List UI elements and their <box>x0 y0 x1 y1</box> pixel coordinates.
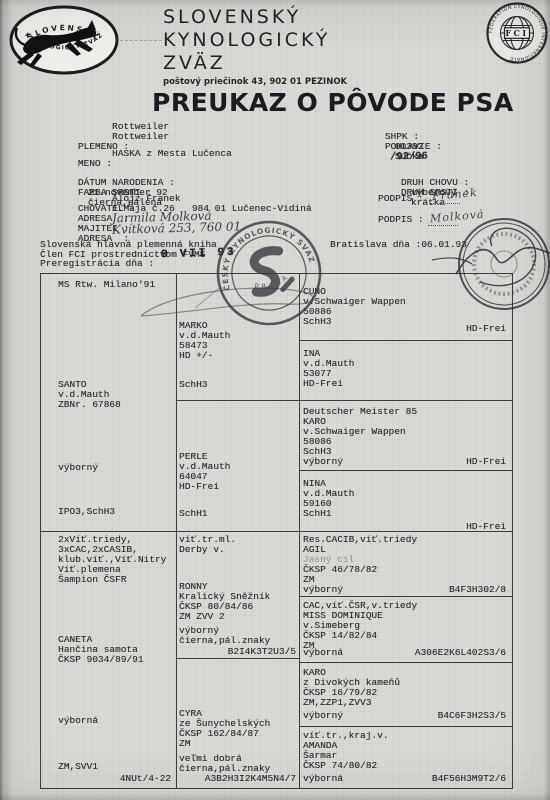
ggp8-code: B4F56H3M9T2/6 <box>303 774 506 784</box>
table-line <box>299 726 512 727</box>
ggp8-block: víť.tr.,kraj.v. AMANDA Šarmar ČKSP 74/80… <box>303 731 389 771</box>
table-line <box>299 596 512 597</box>
field-podpis-1: PODPIS : <box>378 194 424 204</box>
fci-label: FCI <box>505 28 528 38</box>
ggp2-block: INA v.d.Mauth 53077 HD-Frei <box>303 349 354 389</box>
fci-logo: FEDERATION CYNOLOGIQUE INTERNATIONALE FC… <box>486 2 548 64</box>
skz-oval-logo: SLOVENSKÝ KYNOLOGICKÝ ZVÄZ <box>8 4 120 76</box>
sire-exams: IPO3,SchH3 <box>58 507 115 517</box>
ggp7-block: KARO z Divokých kameňů ČKSP 16/79/82 ZM,… <box>303 668 400 708</box>
postal-address: poštový priečinok 43, 902 01 PEZINOK <box>163 77 347 87</box>
dam-name-block: CANETA Hančina samota ČKSP 9034/89/91 <box>58 635 144 665</box>
place-and-date: Bratislava dňa :06.01.93 <box>330 240 467 250</box>
org-name-line1: SLOVENSKÝ <box>163 6 301 28</box>
stamp-emblem <box>245 246 294 297</box>
scan-artifact-dashes <box>120 40 162 41</box>
ggp3-block: Deutscher Meister 85 KARO v.Schwaiger Wa… <box>303 407 417 457</box>
gp4-code: A3B2H3I2K4M5N4/7 <box>179 774 296 784</box>
gp4-grade-color: veľmi dobrá čierna,pál.znaky <box>179 754 270 774</box>
gp3-titles: víť.tr.ml. Derby v. <box>179 535 236 555</box>
ggp7-code: B4C6F3H2S3/5 <box>303 711 506 721</box>
org-name-line2: KYNOLOGICKÝ <box>163 29 330 51</box>
plemeno-value: Rottweiler <box>112 132 169 142</box>
pohlavie-value: Sučka <box>395 151 424 162</box>
gp2-name-block: PERLE v.d.Mauth 64047 HD-Frei <box>179 452 230 492</box>
field-podpis-2: PODPIS : <box>378 215 424 225</box>
ggp5-block: Res.CACIB,víť.triedy AGIL <box>303 535 417 555</box>
dam-titles: 2xVíť.triedy, 3xCAC,2xCASIB, klub.víť.,V… <box>58 535 166 585</box>
table-line <box>176 658 299 659</box>
gp3-grade-color: výborný čierna,pál.znaky <box>179 626 270 646</box>
table-line <box>299 662 512 663</box>
gp1-exams: SchH3 <box>179 380 208 390</box>
ggp5-block2: ČKSP 46/78/82 ZM <box>303 565 377 585</box>
gp4-name-block: CYRA ze Šunychelských ČKSP 162/84/87 ZM <box>179 709 270 749</box>
meno-value: HASKA z Mesta Lučenca <box>112 149 232 159</box>
table-line <box>176 531 299 532</box>
dam-code: 4NUt/4-22 <box>41 774 171 784</box>
ggp4-hd: HD-Frei <box>303 522 506 532</box>
dam-grade: výborná <box>58 716 98 726</box>
cks-round-stamp: ČESKÝ KYNOLOGICKÝ SVAZ PRAHA <box>213 217 325 329</box>
ggp6-block: CAC,víť.ČSR,v.triedy MISS DOMINIQUE v.Si… <box>303 601 417 651</box>
ggp6-code: A306E2K6L402S3/6 <box>303 648 506 658</box>
signature-dotted-line-1 <box>430 195 460 204</box>
table-line <box>299 470 512 471</box>
table-line <box>176 400 299 401</box>
ggp5-code: B4F3H302/8 <box>303 585 506 595</box>
pedigree-table: MS Rtw. Milano'91 SANTO v.d.Mauth ZBNr. … <box>40 273 513 789</box>
gp2-exams: SchH1 <box>179 509 208 519</box>
table-line <box>299 400 512 401</box>
dam-exams: ZM,SVV1 <box>58 762 98 772</box>
pedigree-certificate-page: SLOVENSKÝ KYNOLOGICKÝ ZVÄZ FEDERATION CY… <box>0 0 550 800</box>
ggp3-hd: HD-Frei <box>303 457 506 467</box>
gp3-code: B2I4K3T2U3/5 <box>179 647 296 657</box>
sire-name-block: SANTO v.d.Mauth ZBNr. 67868 <box>58 380 121 410</box>
table-line <box>299 340 512 341</box>
ggp1-hd: HD-Frei <box>303 324 506 334</box>
gp3-name-block: RONNY Kralický Sněžník ČKSP 80/84/86 ZM … <box>179 582 270 622</box>
field-pohlavie: POHLAVIE : Sučka <box>362 132 442 172</box>
document-title: PREUKAZ O PÔVODE PSA <box>152 88 514 117</box>
registration-round-stamp <box>452 212 550 317</box>
prereg-label: Preregistrácia dňa : <box>40 259 154 269</box>
sire-grade: výborný <box>58 463 98 473</box>
table-line <box>41 531 176 532</box>
ggp4-block: NINA v.d.Mauth 59160 SchH1 <box>303 479 354 519</box>
org-name-line3: ZVÄZ <box>163 52 226 74</box>
